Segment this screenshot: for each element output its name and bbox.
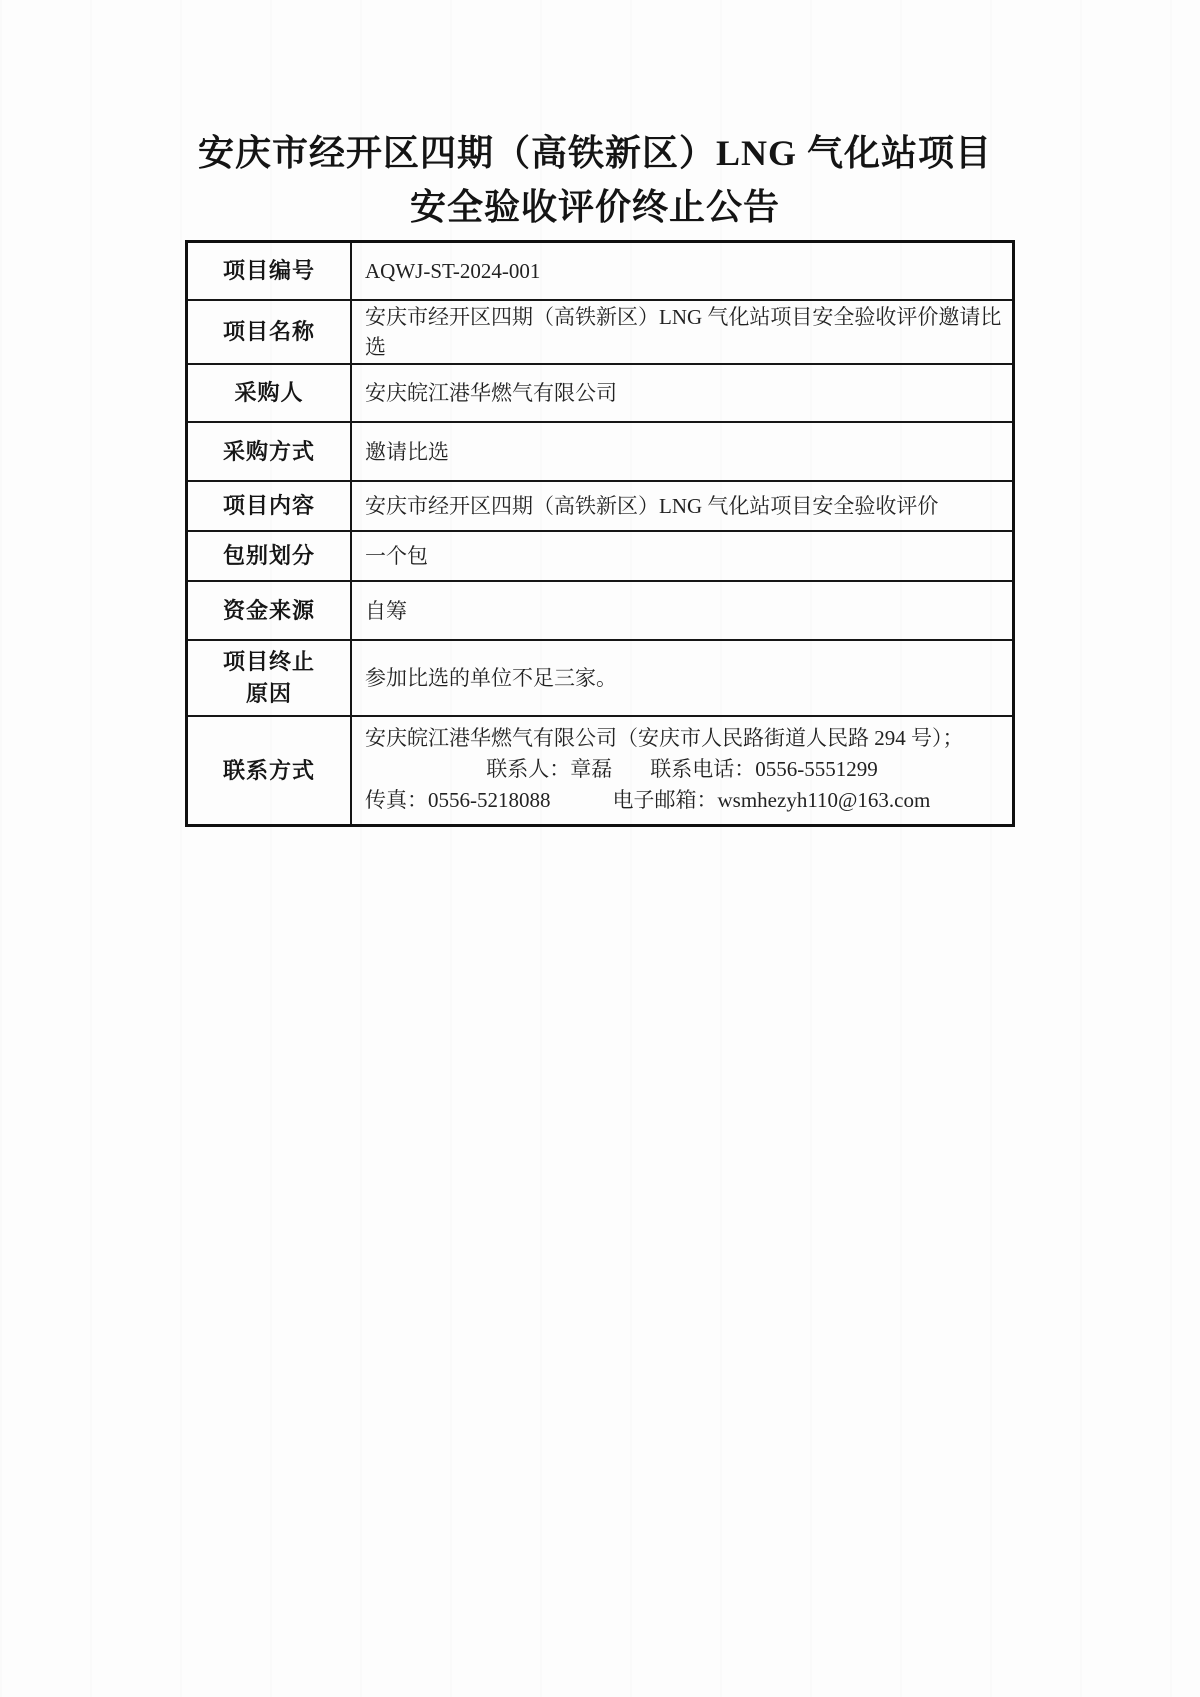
row-label: 联系方式 bbox=[187, 716, 352, 826]
row-value-contact: 安庆皖江港华燃气有限公司（安庆市人民路街道人民路 294 号）； 联系人：章磊联… bbox=[351, 716, 1014, 826]
contact-person: 联系人：章磊 bbox=[486, 757, 612, 781]
row-value: 自筹 bbox=[351, 581, 1014, 640]
table-row-package-division: 包别划分 一个包 bbox=[187, 531, 1014, 581]
row-label: 采购方式 bbox=[187, 422, 352, 481]
table-row-project-number: 项目编号 AQWJ-ST-2024-001 bbox=[187, 242, 1014, 301]
contact-address: 安庆皖江港华燃气有限公司（安庆市人民路街道人民路 294 号）； bbox=[365, 723, 999, 754]
row-label: 项目名称 bbox=[187, 300, 352, 364]
contact-phone: 联系电话：0556-5551299 bbox=[650, 757, 878, 781]
row-label: 项目编号 bbox=[187, 242, 352, 301]
row-value: 安庆市经开区四期（高铁新区）LNG 气化站项目安全验收评价邀请比选 bbox=[351, 300, 1014, 364]
table-row-purchaser: 采购人 安庆皖江港华燃气有限公司 bbox=[187, 364, 1014, 422]
page-title-line-2: 安全验收评价终止公告 bbox=[180, 180, 1010, 234]
row-value: 安庆市经开区四期（高铁新区）LNG 气化站项目安全验收评价 bbox=[351, 481, 1014, 531]
row-label: 项目内容 bbox=[187, 481, 352, 531]
announcement-page: 安庆市经开区四期（高铁新区）LNG 气化站项目 安全验收评价终止公告 项目编号 … bbox=[0, 0, 1200, 1697]
table-row-project-name: 项目名称 安庆市经开区四期（高铁新区）LNG 气化站项目安全验收评价邀请比选 bbox=[187, 300, 1014, 364]
row-label: 包别划分 bbox=[187, 531, 352, 581]
row-label: 项目终止 原因 bbox=[187, 640, 352, 716]
table-row-purchase-method: 采购方式 邀请比选 bbox=[187, 422, 1014, 481]
table-row-project-content: 项目内容 安庆市经开区四期（高铁新区）LNG 气化站项目安全验收评价 bbox=[187, 481, 1014, 531]
page-title: 安庆市经开区四期（高铁新区）LNG 气化站项目 安全验收评价终止公告 bbox=[180, 0, 1010, 234]
row-value: 邀请比选 bbox=[351, 422, 1014, 481]
row-value: 一个包 bbox=[351, 531, 1014, 581]
table-row-termination-reason: 项目终止 原因 参加比选的单位不足三家。 bbox=[187, 640, 1014, 716]
page-title-line-1: 安庆市经开区四期（高铁新区）LNG 气化站项目 bbox=[180, 126, 1010, 180]
contact-person-phone-line: 联系人：章磊联系电话：0556-5551299 bbox=[365, 754, 999, 785]
contact-fax-email-line: 传真：0556-5218088电子邮箱：wsmhezyh110@163.com bbox=[365, 785, 999, 816]
project-info-table: 项目编号 AQWJ-ST-2024-001 项目名称 安庆市经开区四期（高铁新区… bbox=[185, 240, 1015, 827]
table-row-funding-source: 资金来源 自筹 bbox=[187, 581, 1014, 640]
row-label: 资金来源 bbox=[187, 581, 352, 640]
row-label: 采购人 bbox=[187, 364, 352, 422]
contact-fax: 传真：0556-5218088 bbox=[365, 788, 551, 812]
contact-email: 电子邮箱：wsmhezyh110@163.com bbox=[613, 788, 931, 812]
row-value: 参加比选的单位不足三家。 bbox=[351, 640, 1014, 716]
row-value: 安庆皖江港华燃气有限公司 bbox=[351, 364, 1014, 422]
table-row-contact-info: 联系方式 安庆皖江港华燃气有限公司（安庆市人民路街道人民路 294 号）； 联系… bbox=[187, 716, 1014, 826]
row-value: AQWJ-ST-2024-001 bbox=[351, 242, 1014, 301]
